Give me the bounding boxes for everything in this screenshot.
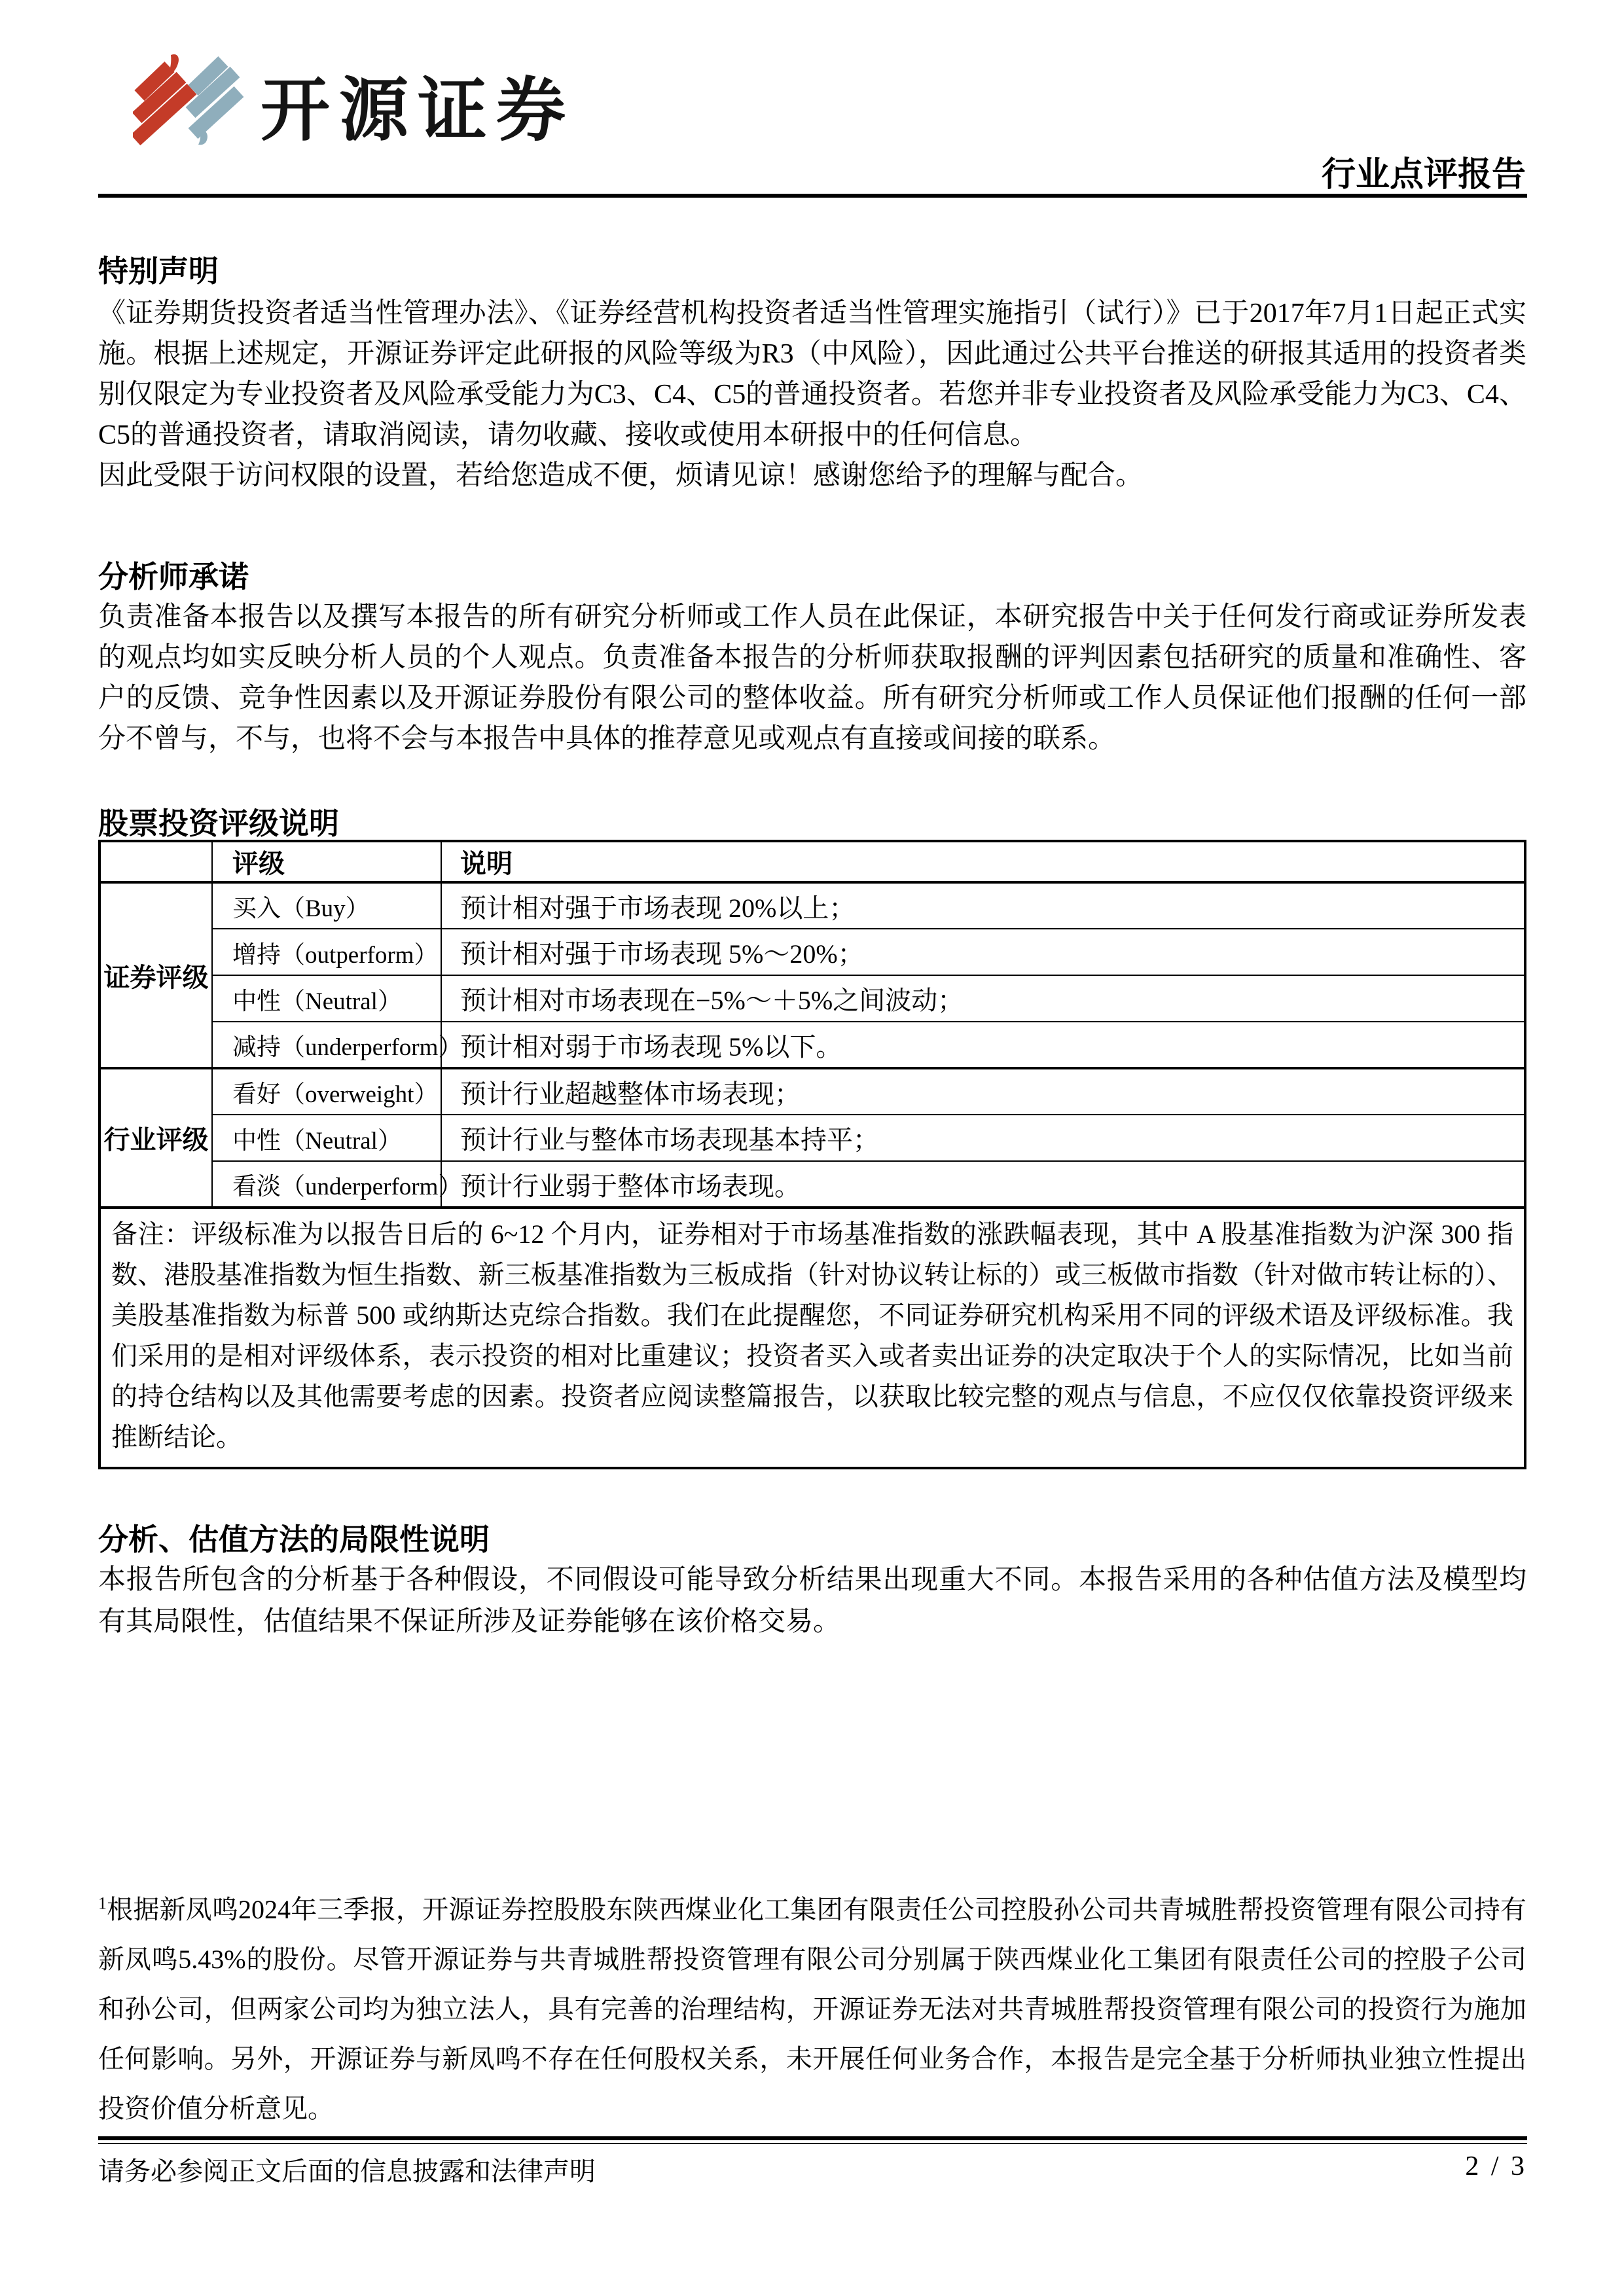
header-cell-category [99,841,212,882]
brand-name: 开源证券 [261,55,575,154]
rating-cell: 中性（Neutral） [212,1115,441,1161]
description-cell: 预计行业与整体市场表现基本持平； [441,1115,1525,1161]
rating-table: 评级 说明 证券评级 买入（Buy） 预计相对强于市场表现 20%以上； 增持（… [98,840,1526,1469]
table-row: 减持（underperform） 预计相对弱于市场表现 5%以下。 [99,1022,1525,1068]
table-note-row: 备注：评级标准为以报告日后的 6~12 个月内，证券相对于市场基准指数的涨跌幅表… [99,1208,1525,1468]
rating-cell: 看淡（underperform） [212,1161,441,1208]
table-row: 证券评级 买入（Buy） 预计相对强于市场表现 20%以上； [99,882,1525,929]
analyst-commitment-body: 负责准备本报告以及撰写本报告的所有研究分析师或工作人员在此保证，本研究报告中关于… [98,597,1526,759]
category-cell-industry: 行业评级 [99,1068,212,1208]
footer-rule [98,2136,1527,2144]
rating-cell: 买入（Buy） [212,882,441,929]
special-statement-body: 《证券期货投资者适当性管理办法》、《证券经营机构投资者适当性管理实施指引（试行）… [98,293,1526,496]
description-cell: 预计相对强于市场表现 5%～20%； [441,929,1525,975]
rating-table-header-row: 评级 说明 [99,841,1525,882]
header-cell-rating: 评级 [212,841,441,882]
footnote-marker: 1 [98,1894,107,1913]
header-cell-description: 说明 [441,841,1525,882]
footnote-text: 根据新凤鸣2024年三季报，开源证券控股股东陕西煤业化工集团有限责任公司控股孙公… [98,1895,1526,2123]
valuation-limitations-heading: 分析、估值方法的局限性说明 [98,1516,490,1559]
description-cell: 预计相对强于市场表现 20%以上； [441,882,1525,929]
table-row: 看淡（underperform） 预计行业弱于整体市场表现。 [99,1161,1525,1208]
report-page: 开源证券 行业点评报告 特别声明 《证券期货投资者适当性管理办法》、《证券经营机… [0,0,1624,2296]
table-row: 行业评级 看好（overweight） 预计行业超越整体市场表现； [99,1068,1525,1115]
kaiyuan-logo-icon [133,52,245,145]
table-row: 增持（outperform） 预计相对强于市场表现 5%～20%； [99,929,1525,975]
description-cell: 预计行业超越整体市场表现； [441,1068,1525,1115]
page-number: 2 / 3 [1465,2151,1527,2182]
footnote: 1根据新凤鸣2024年三季报，开源证券控股股东陕西煤业化工集团有限责任公司控股孙… [98,1885,1526,2134]
valuation-limitations-body: 本报告所包含的分析基于各种假设，不同假设可能导致分析结果出现重大不同。本报告采用… [98,1559,1526,1643]
special-statement-paragraph-2: 因此受限于访问权限的设置，若给您造成不便，烦请见谅！感谢您给予的理解与配合。 [98,456,1526,496]
header-rule [98,194,1527,198]
table-row: 中性（Neutral） 预计相对市场表现在−5%～＋5%之间波动； [99,975,1525,1022]
special-statement-heading: 特别声明 [98,247,219,291]
description-cell: 预计相对弱于市场表现 5%以下。 [441,1022,1525,1068]
special-statement-paragraph-1: 《证券期货投资者适当性管理办法》、《证券经营机构投资者适当性管理实施指引（试行）… [98,293,1526,456]
analyst-commitment-heading: 分析师承诺 [98,553,249,596]
footer-disclaimer: 请务必参阅正文后面的信息披露和法律声明 [98,2151,596,2188]
rating-cell: 减持（underperform） [212,1022,441,1068]
report-type-label: 行业点评报告 [1322,147,1526,196]
footer: 请务必参阅正文后面的信息披露和法律声明 2 / 3 [98,2151,1527,2188]
rating-cell: 增持（outperform） [212,929,441,975]
analyst-commitment-paragraph: 负责准备本报告以及撰写本报告的所有研究分析师或工作人员在此保证，本研究报告中关于… [98,597,1526,759]
table-row: 中性（Neutral） 预计行业与整体市场表现基本持平； [99,1115,1525,1161]
category-cell-securities: 证券评级 [99,882,212,1068]
rating-explanation-heading: 股票投资评级说明 [98,800,339,843]
rating-cell: 看好（overweight） [212,1068,441,1115]
valuation-limitations-paragraph: 本报告所包含的分析基于各种假设，不同假设可能导致分析结果出现重大不同。本报告采用… [98,1559,1526,1643]
table-note-cell: 备注：评级标准为以报告日后的 6~12 个月内，证券相对于市场基准指数的涨跌幅表… [99,1208,1525,1468]
description-cell: 预计相对市场表现在−5%～＋5%之间波动； [441,975,1525,1022]
description-cell: 预计行业弱于整体市场表现。 [441,1161,1525,1208]
rating-cell: 中性（Neutral） [212,975,441,1022]
